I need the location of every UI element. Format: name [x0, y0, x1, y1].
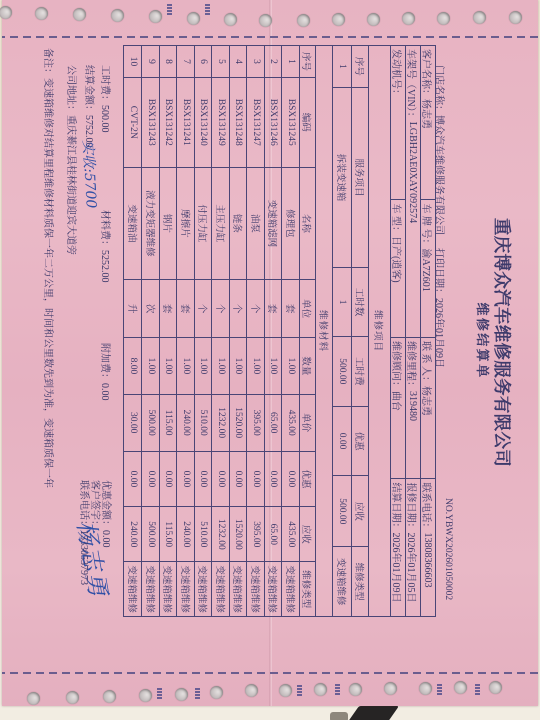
- table-cell: 9: [143, 46, 160, 78]
- table-cell: 65.00: [265, 507, 282, 562]
- table-cell: 个: [230, 280, 247, 338]
- table-cell: 变速箱维修: [143, 562, 160, 616]
- table-cell: 1.00: [213, 338, 230, 395]
- settle-date-value: 2026年01月09日: [391, 532, 405, 602]
- table-cell: 1.00: [283, 338, 300, 395]
- material-row: 3 BSX131247 油泵 个 1.00 395.00 0.00 395.00…: [247, 46, 265, 616]
- table-cell: 套: [178, 280, 195, 338]
- advisor-cell: 维修顾问：曲台: [391, 338, 405, 480]
- model-label: 车 型：: [391, 203, 405, 236]
- column-header: 编码: [300, 78, 315, 168]
- printer-mark: [475, 684, 480, 696]
- feed-hole-icon: [384, 682, 397, 695]
- vin-cell: 车架号（VIN）：LGBH2AE0XAY092574: [406, 46, 420, 338]
- table-cell: 1520.00: [230, 395, 247, 452]
- model-value: 日产(逍客): [391, 236, 405, 283]
- column-header: 维修类型: [300, 562, 315, 616]
- printer-mark: [205, 4, 210, 16]
- services-header-row: 序号 服务项目 工时数 工时费 优惠 应收 维修类型: [351, 46, 368, 616]
- column-header: 优惠: [352, 407, 368, 477]
- column-header: 优惠: [300, 452, 315, 508]
- customer-name-label: 客户名称：: [421, 49, 435, 99]
- table-cell: 395.00: [248, 507, 265, 562]
- mileage-value: 319480: [408, 391, 419, 421]
- table-cell: 65.00: [265, 395, 282, 452]
- table-cell: 115.00: [160, 507, 177, 562]
- table-cell: 7: [178, 46, 195, 78]
- feed-hole-icon: [259, 14, 272, 27]
- extra-fee-value: 0.00: [99, 383, 110, 401]
- table-cell: BSX131248: [230, 78, 247, 168]
- feed-hole-icon: [245, 684, 258, 697]
- printer-mark: [157, 688, 162, 700]
- table-cell: 115.00: [160, 395, 177, 452]
- table-cell: 5: [213, 46, 230, 78]
- contact-value: 杨志勇: [421, 386, 435, 416]
- settlement-table: 客户名称：杨志勇 车 牌 号：渝A7Z601 联 系 人：杨志勇 联系电话：13…: [123, 45, 436, 617]
- table-cell: 1.00: [160, 338, 177, 395]
- table-cell: 个: [213, 280, 230, 338]
- settle-date-cell: 结算日期：2026年01月09日: [391, 479, 405, 616]
- table-cell: 510.00: [195, 395, 212, 452]
- model-cell: 车 型：日产(逍客): [391, 200, 405, 338]
- labor-fee: 工时费：500.00: [99, 65, 114, 133]
- table-cell: 变速箱维修: [213, 562, 230, 616]
- material-row: 9 BSX131243 液力变矩器维修 次 1.00 500.00 0.00 5…: [142, 46, 160, 616]
- table-cell: 1232.00: [213, 395, 230, 452]
- table-cell: 8: [160, 46, 177, 78]
- advisor-label: 维修顾问：: [391, 341, 405, 391]
- table-cell: 1520.00: [230, 507, 247, 562]
- table-cell: 油泵: [248, 168, 265, 281]
- table-cell: 0.00: [265, 452, 282, 508]
- report-date-value: 2026年01月05日: [406, 532, 420, 602]
- table-cell: 8.00: [124, 338, 142, 395]
- remark: 备注：变速箱维修对结算里程维修材料质保一年二万公里，时间和公里数先到为准，变速箱…: [42, 48, 57, 488]
- contact-phone-value: 13808366603: [423, 532, 434, 587]
- mileage-cell: 维修里程：319480: [406, 338, 420, 480]
- table-cell: BSX131246: [265, 78, 282, 168]
- services-section-row: 维修项目: [368, 46, 390, 616]
- feed-hole-icon: [454, 681, 467, 694]
- material-fee-value: 5252.00: [99, 250, 110, 283]
- table-cell: 次: [143, 280, 160, 338]
- table-cell: 395.00: [248, 395, 265, 452]
- feed-hole-icon: [149, 10, 162, 23]
- table-cell: 链条: [230, 168, 247, 281]
- table-cell: 500.00: [143, 395, 160, 452]
- material-row: 1 BSX131245 修理包 套 1.00 435.00 0.00 435.0…: [282, 46, 300, 616]
- column-header: 序号: [352, 46, 368, 88]
- column-header: 应收: [300, 507, 315, 562]
- info-row: 客户名称：杨志勇 车 牌 号：渝A7Z601 联 系 人：杨志勇 联系电话：13…: [420, 46, 435, 616]
- feed-hole-icon: [332, 13, 345, 26]
- materials-section-title: 维修材料: [316, 46, 332, 616]
- feed-hole-icon: [73, 8, 86, 21]
- table-cell: BSX131243: [143, 78, 160, 168]
- services-section-title: 维修项目: [369, 46, 390, 616]
- materials-header-row: 序号 编码 名称 单位 数量 单价 优惠 应收 维修类型: [299, 46, 315, 616]
- table-cell: 0.00: [178, 452, 195, 508]
- material-row: 5 BSX131249 主压力缸 个 1.00 1232.00 0.00 123…: [212, 46, 230, 616]
- feed-hole-icon: [187, 12, 200, 25]
- table-cell: 10: [124, 46, 142, 78]
- printer-mark: [297, 685, 302, 697]
- table-cell: 套: [265, 280, 282, 338]
- table-cell: 变速箱维修: [124, 562, 142, 616]
- table-cell: 1: [283, 46, 300, 78]
- table-cell: 1.00: [178, 338, 195, 395]
- feed-hole-icon: [210, 686, 223, 699]
- table-cell: BSX131241: [178, 78, 195, 168]
- feed-hole-icon: [473, 11, 486, 24]
- table-cell: 0.00: [124, 452, 142, 508]
- report-date-label: 报修日期：: [406, 482, 420, 532]
- printer-mark: [167, 4, 172, 16]
- feed-hole-icon: [66, 691, 79, 704]
- settlement-amount-label: 结算金额：: [83, 65, 94, 115]
- feed-hole-icon: [509, 11, 522, 24]
- printer-mark: [195, 688, 200, 700]
- vin-label: 车架号（VIN）：: [406, 49, 420, 122]
- column-header: 维修类型: [352, 547, 368, 616]
- feed-hole-icon: [402, 12, 415, 25]
- table-cell: 拆装变速箱: [333, 88, 351, 268]
- document-number: NO.YBWX202601050002: [443, 498, 453, 600]
- material-row: 8 BSX131242 钢片 套 1.00 115.00 0.00 115.00…: [159, 46, 177, 616]
- column-header: 名称: [300, 168, 315, 281]
- table-cell: 0.00: [143, 452, 160, 508]
- remark-value: 变速箱维修对结算里程维修材料质保一年二万公里，时间和公里数先到为准，变速箱质保一…: [42, 78, 53, 488]
- table-cell: 240.00: [178, 507, 195, 562]
- table-cell: 钢片: [160, 168, 177, 281]
- feed-hole-icon: [27, 692, 40, 705]
- table-cell: 变速箱维修: [195, 562, 212, 616]
- settle-date-label: 结算日期：: [391, 482, 405, 532]
- table-cell: 变速箱维修: [178, 562, 195, 616]
- column-header: 数量: [300, 338, 315, 395]
- table-cell: 435.00: [283, 395, 300, 452]
- table-cell: 套: [160, 280, 177, 338]
- material-row: 7 BSX131241 摩擦片 套 1.00 240.00 0.00 240.0…: [177, 46, 195, 616]
- customer-name-value: 杨志勇: [421, 99, 435, 129]
- table-cell: 0.00: [195, 452, 212, 508]
- feed-hole-icon: [349, 683, 362, 696]
- feed-hole-icon: [314, 683, 327, 696]
- table-cell: 1: [333, 46, 351, 88]
- feed-hole-icon: [103, 690, 116, 703]
- table-cell: 1.00: [230, 338, 247, 395]
- table-cell: 1.00: [143, 338, 160, 395]
- info-row: 发动机号： 车 型：日产(逍客) 维修顾问：曲台 结算日期：2026年01月09…: [390, 46, 405, 616]
- company-address-value: 重庆綦江县桂林街道迎宾大道旁: [65, 115, 76, 255]
- perforation-line-right: [2, 672, 538, 674]
- table-cell: BSX131249: [213, 78, 230, 168]
- table-cell: 付压力缸: [195, 168, 212, 281]
- table-cell: 1232.00: [213, 507, 230, 562]
- table-cell: 个: [195, 280, 212, 338]
- plate-cell: 车 牌 号：渝A7Z601: [421, 200, 435, 338]
- contact-phone-label: 联系电话：: [421, 482, 435, 532]
- table-cell: 变速箱维修: [265, 562, 282, 616]
- company-title: 重庆博众汽车维修服务有限公司: [490, 195, 515, 490]
- table-cell: 液力变矩器维修: [143, 168, 160, 281]
- printer-mark: [335, 684, 340, 696]
- column-header: 工时数: [352, 268, 368, 337]
- company-address: 公司地址：重庆綦江县桂林街道迎宾大道旁: [65, 65, 80, 255]
- table-cell: 主压力缸: [213, 168, 230, 281]
- advisor-value: 曲台: [391, 391, 405, 411]
- table-cell: BSX131245: [283, 78, 300, 168]
- table-cell: 变速箱维修: [283, 562, 300, 616]
- feed-hole-icon: [437, 12, 450, 25]
- table-cell: BSX131242: [160, 78, 177, 168]
- table-cell: 6: [195, 46, 212, 78]
- report-date-cell: 报修日期：2026年01月05日: [406, 479, 420, 616]
- material-row: 4 BSX131248 链条 个 1.00 1520.00 0.00 1520.…: [229, 46, 247, 616]
- table-cell: 500.00: [143, 507, 160, 562]
- table-cell: 0.00: [213, 452, 230, 508]
- customer-phone-value: 15330537973: [78, 530, 89, 585]
- table-cell: BSX131247: [248, 78, 265, 168]
- table-cell: 个: [248, 280, 265, 338]
- material-row: 6 BSX131240 付压力缸 个 1.00 510.00 0.00 510.…: [194, 46, 212, 616]
- table-cell: 500.00: [333, 337, 351, 407]
- printer-mark: [437, 684, 442, 696]
- customer-phone-label: 联系电话：: [78, 480, 89, 530]
- vin-value: LGBH2AE0XAY092574: [408, 122, 419, 223]
- table-cell: 变速箱油: [124, 168, 142, 281]
- column-header: 工时费: [352, 337, 368, 407]
- labor-fee-value: 500.00: [99, 105, 110, 133]
- table-cell: 4: [230, 46, 247, 78]
- table-cell: 500.00: [333, 476, 351, 547]
- table-cell: 30.00: [124, 395, 142, 452]
- table-cell: 修理包: [283, 168, 300, 281]
- feed-hole-icon: [175, 688, 188, 701]
- contact-label: 联 系 人：: [421, 341, 435, 386]
- feed-hole-icon: [224, 13, 237, 26]
- contact-cell: 联 系 人：杨志勇: [421, 338, 435, 480]
- table-cell: 1: [333, 268, 351, 337]
- perforation-line-left: [2, 36, 538, 38]
- table-cell: 0.00: [160, 452, 177, 508]
- column-header: 序号: [300, 46, 315, 78]
- handwritten-received-note: 实收:5700: [78, 140, 102, 209]
- contact-phone-cell: 联系电话：13808366603: [421, 479, 435, 616]
- engine-no-label: 发动机号：: [391, 49, 405, 99]
- plate-value: 渝A7Z601: [421, 248, 435, 291]
- feed-hole-icon: [279, 684, 292, 697]
- service-row: 1 拆装变速箱 1 500.00 0.00 500.00 变速箱维修: [332, 46, 351, 616]
- feed-hole-icon: [139, 689, 152, 702]
- document-subtitle: 维修结算单: [474, 291, 493, 391]
- column-header: 服务项目: [352, 88, 368, 268]
- material-row: 2 BSX131246 变速箱滤网 套 1.00 65.00 0.00 65.0…: [264, 46, 282, 616]
- feed-hole-icon: [367, 13, 380, 26]
- table-cell: CVT-2N: [124, 78, 142, 168]
- table-cell: 套: [283, 280, 300, 338]
- table-cell: 3: [248, 46, 265, 78]
- materials-section-row: 维修材料: [315, 46, 332, 616]
- table-cell: 变速箱维修: [248, 562, 265, 616]
- table-cell: 摩擦片: [178, 168, 195, 281]
- material-row: 10 CVT-2N 变速箱油 升 8.00 30.00 0.00 240.00 …: [124, 46, 142, 616]
- column-header: 单位: [300, 280, 315, 338]
- table-cell: 0.00: [248, 452, 265, 508]
- customer-phone: 联系电话：15330537973: [78, 480, 93, 585]
- table-cell: 1.00: [248, 338, 265, 395]
- photo-stage: 重庆博众汽车维修服务有限公司 维修结算单 NO.YBWX202601050002…: [0, 0, 540, 720]
- extra-fee: 附加费：0.00: [99, 343, 114, 401]
- table-cell: 435.00: [283, 507, 300, 562]
- table-cell: 510.00: [195, 507, 212, 562]
- column-header: 应收: [352, 476, 368, 547]
- company-address-label: 公司地址：: [65, 65, 76, 115]
- material-fee: 材料费：5252.00: [99, 210, 114, 283]
- mileage-label: 维修里程：: [406, 341, 420, 391]
- material-fee-label: 材料费：: [99, 210, 110, 250]
- table-cell: 0.00: [283, 452, 300, 508]
- extra-fee-label: 附加费：: [99, 343, 110, 383]
- feed-hole-icon: [35, 7, 48, 20]
- feed-hole-icon: [489, 681, 502, 694]
- table-cell: 变速箱维修: [160, 562, 177, 616]
- engine-no-cell: 发动机号：: [391, 46, 405, 200]
- remark-label: 备注：: [42, 48, 53, 78]
- table-cell: 2: [265, 46, 282, 78]
- labor-fee-label: 工时费：: [99, 65, 110, 105]
- table-cell: 1.00: [265, 338, 282, 395]
- customer-name-cell: 客户名称：杨志勇: [421, 46, 435, 200]
- table-cell: 240.00: [178, 395, 195, 452]
- info-row: 车架号（VIN）：LGBH2AE0XAY092574 维修里程：319480 报…: [405, 46, 420, 616]
- table-cell: 240.00: [124, 507, 142, 562]
- plate-label: 车 牌 号：: [421, 203, 435, 248]
- table-cell: BSX131240: [195, 78, 212, 168]
- feed-hole-icon: [297, 14, 310, 27]
- feed-hole-icon: [419, 682, 432, 695]
- settlement-document: 重庆博众汽车维修服务有限公司 维修结算单 NO.YBWX202601050002…: [0, 0, 540, 720]
- settlement-amount: 结算金额：5752.00: [83, 65, 98, 148]
- feed-hole-icon: [111, 9, 124, 22]
- table-cell: 1.00: [195, 338, 212, 395]
- table-cell: 0.00: [333, 407, 351, 477]
- table-cell: 变速箱维修: [230, 562, 247, 616]
- table-cell: 0.00: [230, 452, 247, 508]
- column-header: 单价: [300, 395, 315, 452]
- table-cell: 升: [124, 280, 142, 338]
- table-cell: 变速箱滤网: [265, 168, 282, 281]
- table-cell: 变速箱维修: [333, 547, 351, 616]
